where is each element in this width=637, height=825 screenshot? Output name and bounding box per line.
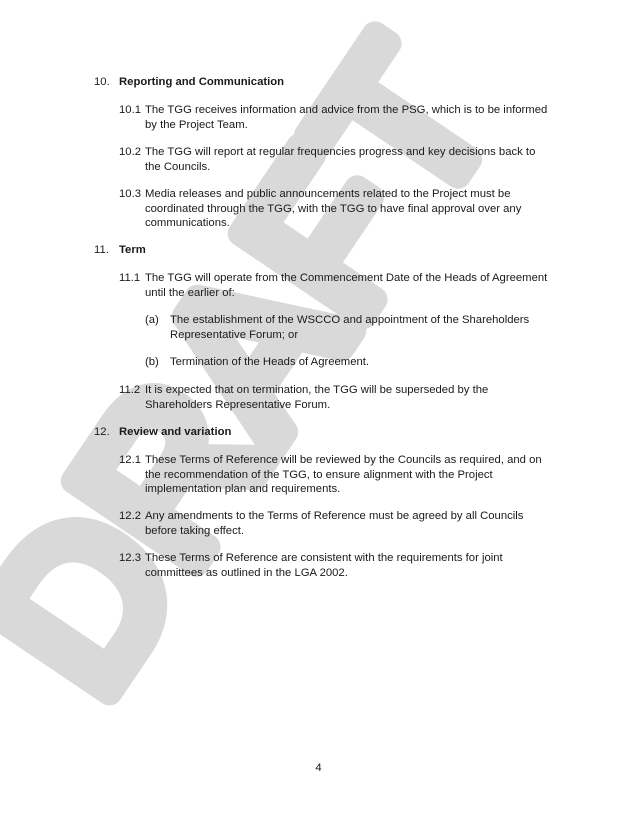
clause-text: Any amendments to the Terms of Reference… [145, 509, 549, 538]
clause-number: 10.3 [119, 187, 141, 202]
clause-text: It is expected that on termination, the … [145, 383, 549, 412]
section-number: 11. [94, 243, 109, 258]
subitem-11-1-a: (a) The establishment of the WSCCO and a… [145, 313, 545, 342]
clause-text: These Terms of Reference will be reviewe… [145, 453, 549, 497]
clause-text: These Terms of Reference are consistent … [145, 551, 549, 580]
clause-text: The TGG will operate from the Commenceme… [145, 271, 549, 300]
section-number: 12. [94, 425, 110, 440]
clause-number: 10.1 [119, 103, 141, 118]
section-number: 10. [94, 75, 110, 90]
subitem-label: (a) [145, 313, 159, 328]
clause-number: 10.2 [119, 145, 141, 160]
subitem-text: The establishment of the WSCCO and appoi… [170, 313, 545, 342]
document-page: DRAFT 10. Reporting and Communication 10… [0, 0, 637, 825]
clause-text: The TGG receives information and advice … [145, 103, 549, 132]
clause-11-1: 11.1 The TGG will operate from the Comme… [119, 271, 549, 300]
clause-number: 11.2 [119, 383, 140, 398]
clause-12-3: 12.3 These Terms of Reference are consis… [119, 551, 549, 580]
clause-text: The TGG will report at regular frequenci… [145, 145, 549, 174]
clause-10-3: 10.3 Media releases and public announcem… [119, 187, 549, 231]
clause-number: 12.3 [119, 551, 141, 566]
clause-number: 12.2 [119, 509, 141, 524]
clause-12-2: 12.2 Any amendments to the Terms of Refe… [119, 509, 549, 538]
page-number: 4 [0, 762, 637, 774]
clause-number: 12.1 [119, 453, 141, 468]
clause-11-2: 11.2 It is expected that on termination,… [119, 383, 549, 412]
clause-text: Media releases and public announcements … [145, 187, 549, 231]
subitem-label: (b) [145, 355, 159, 370]
subitem-11-1-b: (b) Termination of the Heads of Agreemen… [145, 355, 545, 370]
clause-10-2: 10.2 The TGG will report at regular freq… [119, 145, 549, 174]
subitem-text: Termination of the Heads of Agreement. [170, 355, 545, 370]
clause-12-1: 12.1 These Terms of Reference will be re… [119, 453, 549, 497]
clause-number: 11.1 [119, 271, 140, 286]
clause-10-1: 10.1 The TGG receives information and ad… [119, 103, 549, 132]
section-title: Term [119, 243, 146, 258]
section-title: Reporting and Communication [119, 75, 284, 90]
section-title: Review and variation [119, 425, 231, 440]
